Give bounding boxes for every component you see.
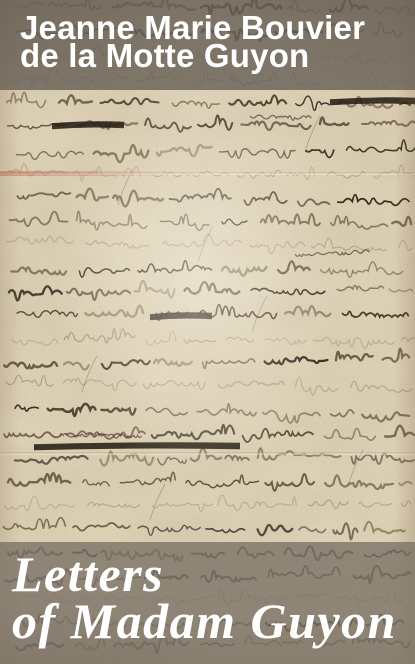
author-name: Jeanne Marie Bouvier de la Motte Guyon [20,14,365,70]
author-band: Jeanne Marie Bouvier de la Motte Guyon [0,0,415,90]
book-cover: Jeanne Marie Bouvier de la Motte Guyon L… [0,0,415,664]
author-name-line-2: de la Motte Guyon [20,42,365,70]
book-title-line-1: Letters [12,551,397,598]
title-band: Letters of Madam Guyon [0,542,415,664]
book-title: Letters of Madam Guyon [12,551,397,645]
book-title-line-2: of Madam Guyon [12,598,397,645]
